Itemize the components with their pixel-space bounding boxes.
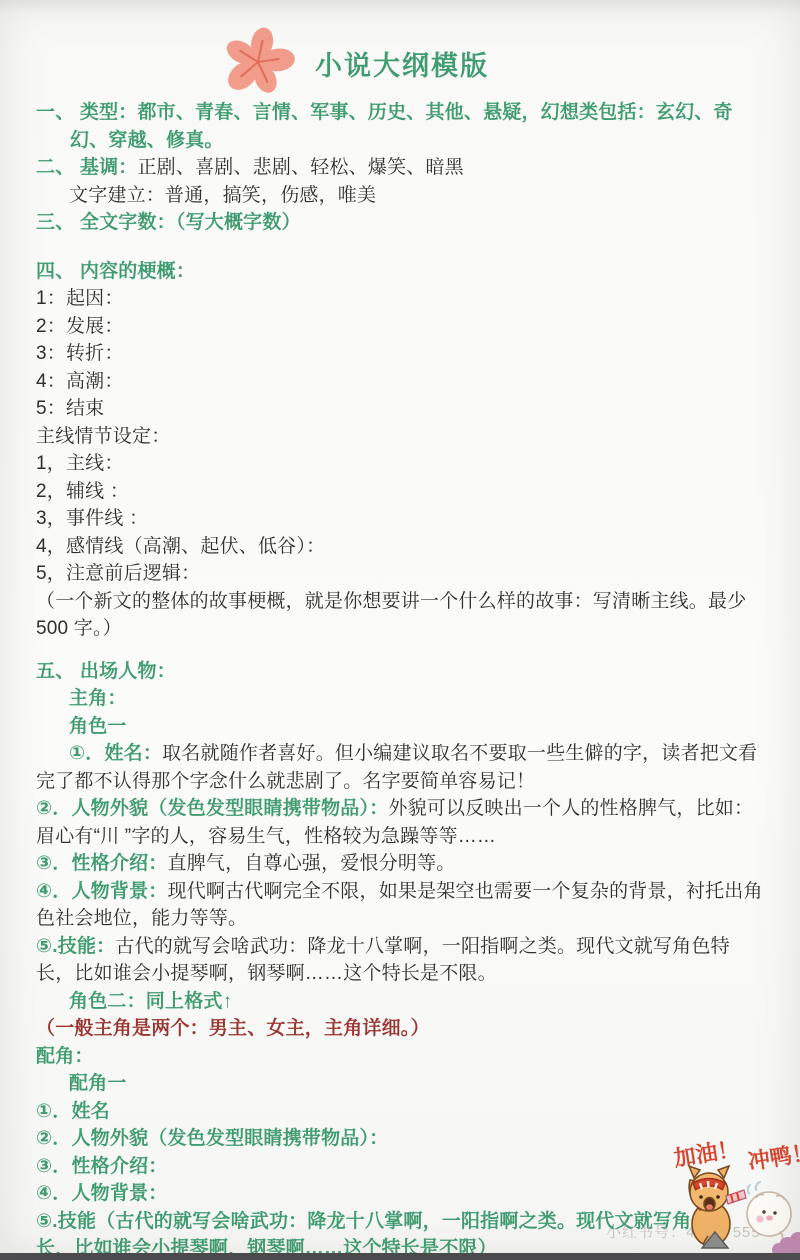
section-4-heading: 四、 内容的梗概：	[36, 258, 768, 286]
section-2-heading: 二、 基调：	[36, 157, 137, 178]
flower-icon	[215, 19, 300, 104]
plot-item-twist: 3：转折：	[36, 340, 768, 368]
cheer-sticker: 加油！ 冲鸭！	[648, 1138, 800, 1254]
text-style-line: 文字建立：普通，搞笑，伤感，唯美	[36, 182, 768, 210]
outline-document: 小说大纲模版 一、 类型：都市、青春、言情、军事、历史、其他、悬疑，幻想类包括：…	[0, 0, 800, 1260]
sticker-text-chongya: 冲鸭！	[746, 1139, 800, 1174]
plot-item-ending: 5：结束	[36, 395, 768, 423]
plot-item-cause: 1：起因：	[36, 285, 768, 313]
role-1-appearance: ②．人物外貌（发色发型眼睛携带物品）：外貌可以反映出一个人的性格脾气，比如：眉心…	[36, 795, 768, 850]
role-1-skill-heading: ⑤.技能：	[36, 936, 115, 957]
sticker-text-jiayou: 加油！	[672, 1138, 741, 1171]
role-1-name-heading: ①．姓名：	[69, 743, 162, 764]
role-1-personality-heading: ③．性格介绍：	[36, 853, 168, 874]
mainline-setting-title: 主线情节设定：	[36, 423, 768, 451]
section-2-tone: 二、 基调：正剧、喜剧、悲剧、轻松、爆笑、暗黑	[36, 154, 768, 182]
summary-note: （一个新文的整体的故事梗概，就是你想要讲一个什么样的故事：写清晰主线。最少 50…	[36, 588, 768, 643]
role-1-name: ①．姓名：取名就随作者喜好。但小编建议取名不要取一些生僻的字，读者把文看完了都不…	[36, 740, 768, 795]
mainline-item-emotion: 4，感情线（高潮、起伏、低谷）：	[36, 533, 768, 561]
section-1-type: 一、 类型：都市、青春、言情、军事、历史、其他、悬疑，幻想类包括：玄幻、奇幻、穿…	[36, 99, 768, 154]
section-2-values: 正剧、喜剧、悲剧、轻松、爆笑、暗黑	[137, 157, 463, 178]
plot-item-climax: 4：高潮：	[36, 368, 768, 396]
mainline-item-main: 1，主线：	[36, 450, 768, 478]
role-1-background-heading: ④．人物背景：	[36, 881, 168, 902]
mainline-item-event: 3，事件线 ：	[36, 505, 768, 533]
role-1-skill-text: 古代的就写会啥武功：降龙十八掌啊，一阳指啊之类。现代文就写角色特长，比如谁会小提…	[36, 936, 730, 985]
section-5-heading: 五、 出场人物：	[36, 658, 768, 686]
page-title: 小说大纲模版	[315, 44, 489, 88]
plot-item-development: 2：发展：	[36, 313, 768, 341]
role-1-personality-text: 直脾气，自尊心强，爱恨分明等。	[168, 853, 456, 874]
bottom-bar	[0, 1253, 800, 1260]
role-1-background: ④．人物背景：现代啊古代啊完全不限，如果是架空也需要一个复杂的背景，衬托出角色社…	[36, 878, 768, 933]
flag-prop	[726, 1190, 746, 1204]
protagonist-note: （一般主角是两个：男主、女主，主角详细。）	[36, 1015, 768, 1043]
section-3-wordcount: 三、 全文字数：（写大概字数）	[36, 209, 768, 237]
role-1-appearance-heading: ②．人物外貌（发色发型眼睛携带物品）：	[36, 798, 388, 819]
document-page: { "title": "小说大纲模版", "colors": { "headin…	[0, 0, 800, 1260]
role-1-skill: ⑤.技能：古代的就写会啥武功：降龙十八掌啊，一阳指啊之类。现代文就写角色特长，比…	[36, 933, 768, 988]
supporting-item-name: ①．姓名	[36, 1098, 768, 1126]
mainline-item-logic: 5，注意前后逻辑：	[36, 560, 768, 588]
supporting-role-label: 配角：	[36, 1043, 768, 1071]
title-row: 小说大纲模版	[36, 44, 768, 88]
protagonist-label: 主角：	[36, 685, 768, 713]
mainline-item-sub: 2，辅线 ：	[36, 478, 768, 506]
role-1-label: 角色一	[36, 713, 768, 741]
hamster-character	[747, 1182, 791, 1240]
supporting-role-1-label: 配角一	[36, 1070, 768, 1098]
role-1-personality: ③．性格介绍：直脾气，自尊心强，爱恨分明等。	[36, 850, 768, 878]
role-2-label: 角色二：同上格式↑	[36, 988, 768, 1016]
